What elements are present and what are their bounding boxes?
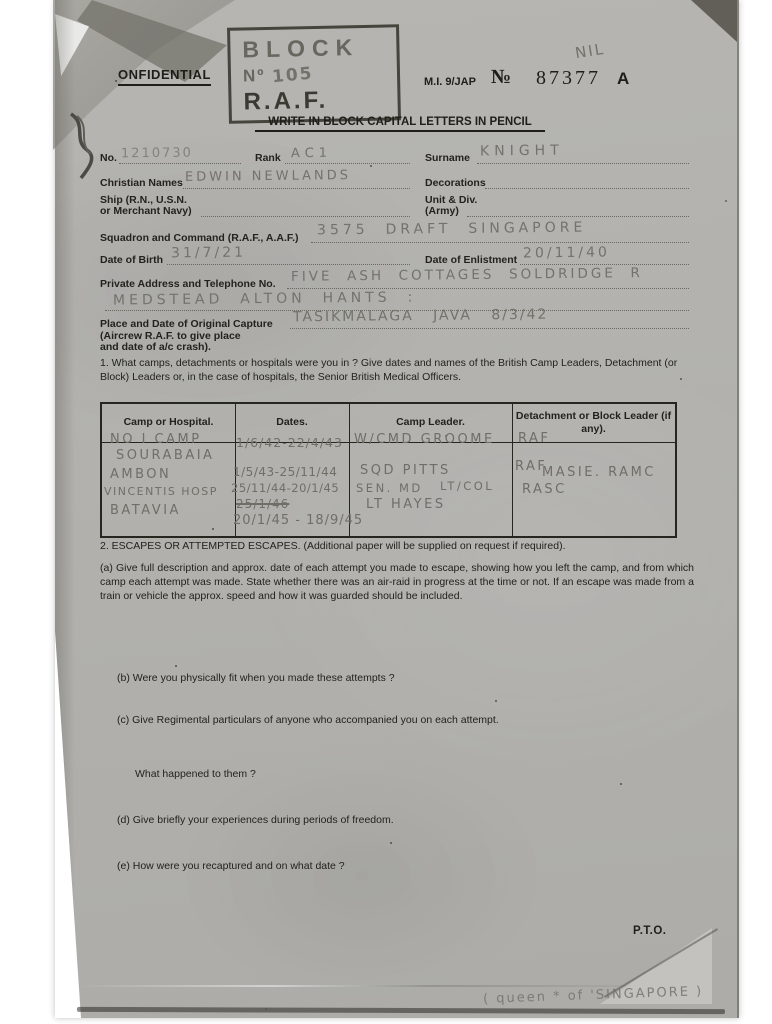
paper-specks: [115, 80, 117, 82]
question-2-heading: 2. ESCAPES OR ATTEMPTED ESCAPES. (Additi…: [100, 540, 694, 554]
surname-rule: [477, 163, 689, 164]
capture-rule: [290, 328, 689, 329]
question-2c2-text: What happened to them ?: [135, 768, 535, 782]
squadron-rule: [311, 242, 689, 243]
bottom-edge-shadow: [77, 1007, 725, 1014]
document-page: ONFIDENTIAL BLOCK Nº 105 R.A.F. M.I. 9/J…: [55, 0, 739, 1018]
camp-entry: SOURABAIA: [116, 448, 214, 463]
series-letter: A: [617, 69, 629, 89]
unit-label-line2: (Army): [425, 205, 459, 217]
dates-entry: 1/5/43-25/11/44: [233, 465, 337, 479]
no-rule: [119, 163, 241, 164]
dates-entry: 20/1/45 - 18/9/45: [233, 513, 363, 528]
pencil-instruction: WRITE IN BLOCK CAPITAL LETTERS IN PENCIL: [255, 116, 545, 132]
mi9-label: M.I. 9/JAP: [424, 76, 476, 88]
top-right-damage: [691, 0, 737, 42]
christian-names-rule: [183, 188, 410, 189]
question-2d-text: (d) Give briefly your experiences during…: [117, 814, 677, 828]
camp-entry: AMBON: [110, 467, 171, 482]
detachment-entry: RASC: [522, 482, 567, 497]
rank-value: AC1: [291, 146, 332, 161]
table-header-camp: Camp or Hospital.: [102, 416, 235, 429]
unit-rule: [467, 216, 689, 217]
dates-entry: 25/11/44-20/1/45: [231, 481, 339, 495]
camp-entry: VINCENTIS HOSP: [104, 485, 218, 498]
question-2a-text: (a) Give full description and approx. da…: [100, 562, 694, 604]
dob-rule: [167, 264, 410, 265]
leader-entry: W/CMD GROOME: [354, 432, 495, 447]
table-header-leader: Camp Leader.: [349, 416, 512, 429]
camp-entry: BATAVIA: [110, 503, 181, 518]
christian-names-label: Christian Names: [100, 177, 183, 189]
enlistment-value: 20/11/40: [523, 245, 610, 262]
pto-label: P.T.O.: [633, 925, 666, 937]
address-label: Private Address and Telephone No.: [100, 278, 276, 290]
serial-number: 87377: [536, 67, 601, 90]
camp-entry: NO I CAMP: [110, 432, 202, 447]
decorations-rule: [485, 188, 689, 189]
squadron-label: Squadron and Command (R.A.F., A.A.F.): [100, 232, 299, 244]
table-divider-3: [512, 404, 513, 536]
rank-rule: [285, 163, 410, 164]
question-2b-text: (b) Were you physically fit when you mad…: [117, 672, 677, 686]
no-value: 1210730: [121, 146, 193, 162]
stamp-line-block: BLOCK: [242, 33, 387, 63]
detachment-entry: RAF: [518, 431, 550, 446]
rank-label: Rank: [255, 152, 281, 164]
camp-table: Camp or Hospital. Dates. Camp Leader. De…: [100, 402, 677, 538]
stamp-line-raf: R.A.F.: [243, 85, 388, 116]
address-rule1: [287, 288, 689, 289]
decorations-label: Decorations: [425, 177, 486, 189]
question-2e-text: (e) How were you recaptured and on what …: [117, 860, 677, 874]
leader-entry: SEN. MD: [356, 481, 423, 495]
dates-entry: 1/6/42-22/4/43: [236, 435, 343, 450]
capture-value: TASIKMALAGA JAVA 8/3/42: [293, 307, 549, 326]
surname-label: Surname: [425, 152, 470, 164]
dates-entry-struck: 25/1/46: [236, 497, 289, 511]
capture-note-line2: and date of a/c crash).: [100, 341, 211, 353]
dob-value: 31/7/21: [171, 245, 246, 262]
dob-label: Date of Birth: [100, 254, 163, 266]
capture-label: Place and Date of Original Capture: [100, 318, 273, 330]
block-raf-stamp: BLOCK Nº 105 R.A.F.: [227, 24, 401, 124]
no-label: No.: [100, 152, 117, 164]
question-2c-text: (c) Give Regimental particulars of anyon…: [117, 714, 677, 728]
enlistment-label: Date of Enlistment: [425, 254, 517, 266]
nil-annotation: NIL: [574, 40, 606, 62]
squadron-value: 3575 DRAFT SINGAPORE: [317, 220, 586, 239]
stamp-no-value: 105: [271, 64, 314, 88]
christian-names-value: EDWIN NEWLANDS: [185, 168, 351, 185]
address-value-line1: FIVE ASH COTTAGES SOLDRIDGE R: [291, 265, 643, 285]
table-header-dates: Dates.: [235, 416, 349, 429]
serial-no-symbol: №: [491, 66, 511, 89]
leader-entry: LT HAYES: [366, 497, 446, 512]
detachment-entry: MASIE. RAMC: [542, 465, 656, 480]
ship-rule: [201, 216, 410, 217]
confidential-marking: ONFIDENTIAL: [118, 67, 211, 86]
scanned-pow-questionnaire: { "stamp": { "line1": "BLOCK", "no_prefi…: [0, 0, 772, 1024]
stamp-line-no: Nº 105: [243, 63, 387, 86]
address-value-line2: MEDSTEAD ALTON HANTS :: [113, 289, 416, 308]
surname-value: KNIGHT: [480, 143, 564, 160]
ship-label-line2: or Merchant Navy): [100, 205, 192, 217]
question-1-text: 1. What camps, detachments or hospitals …: [100, 357, 692, 385]
leader-entry: SQD PITTS: [360, 463, 451, 478]
leader-entry: LT/COL: [440, 479, 494, 493]
